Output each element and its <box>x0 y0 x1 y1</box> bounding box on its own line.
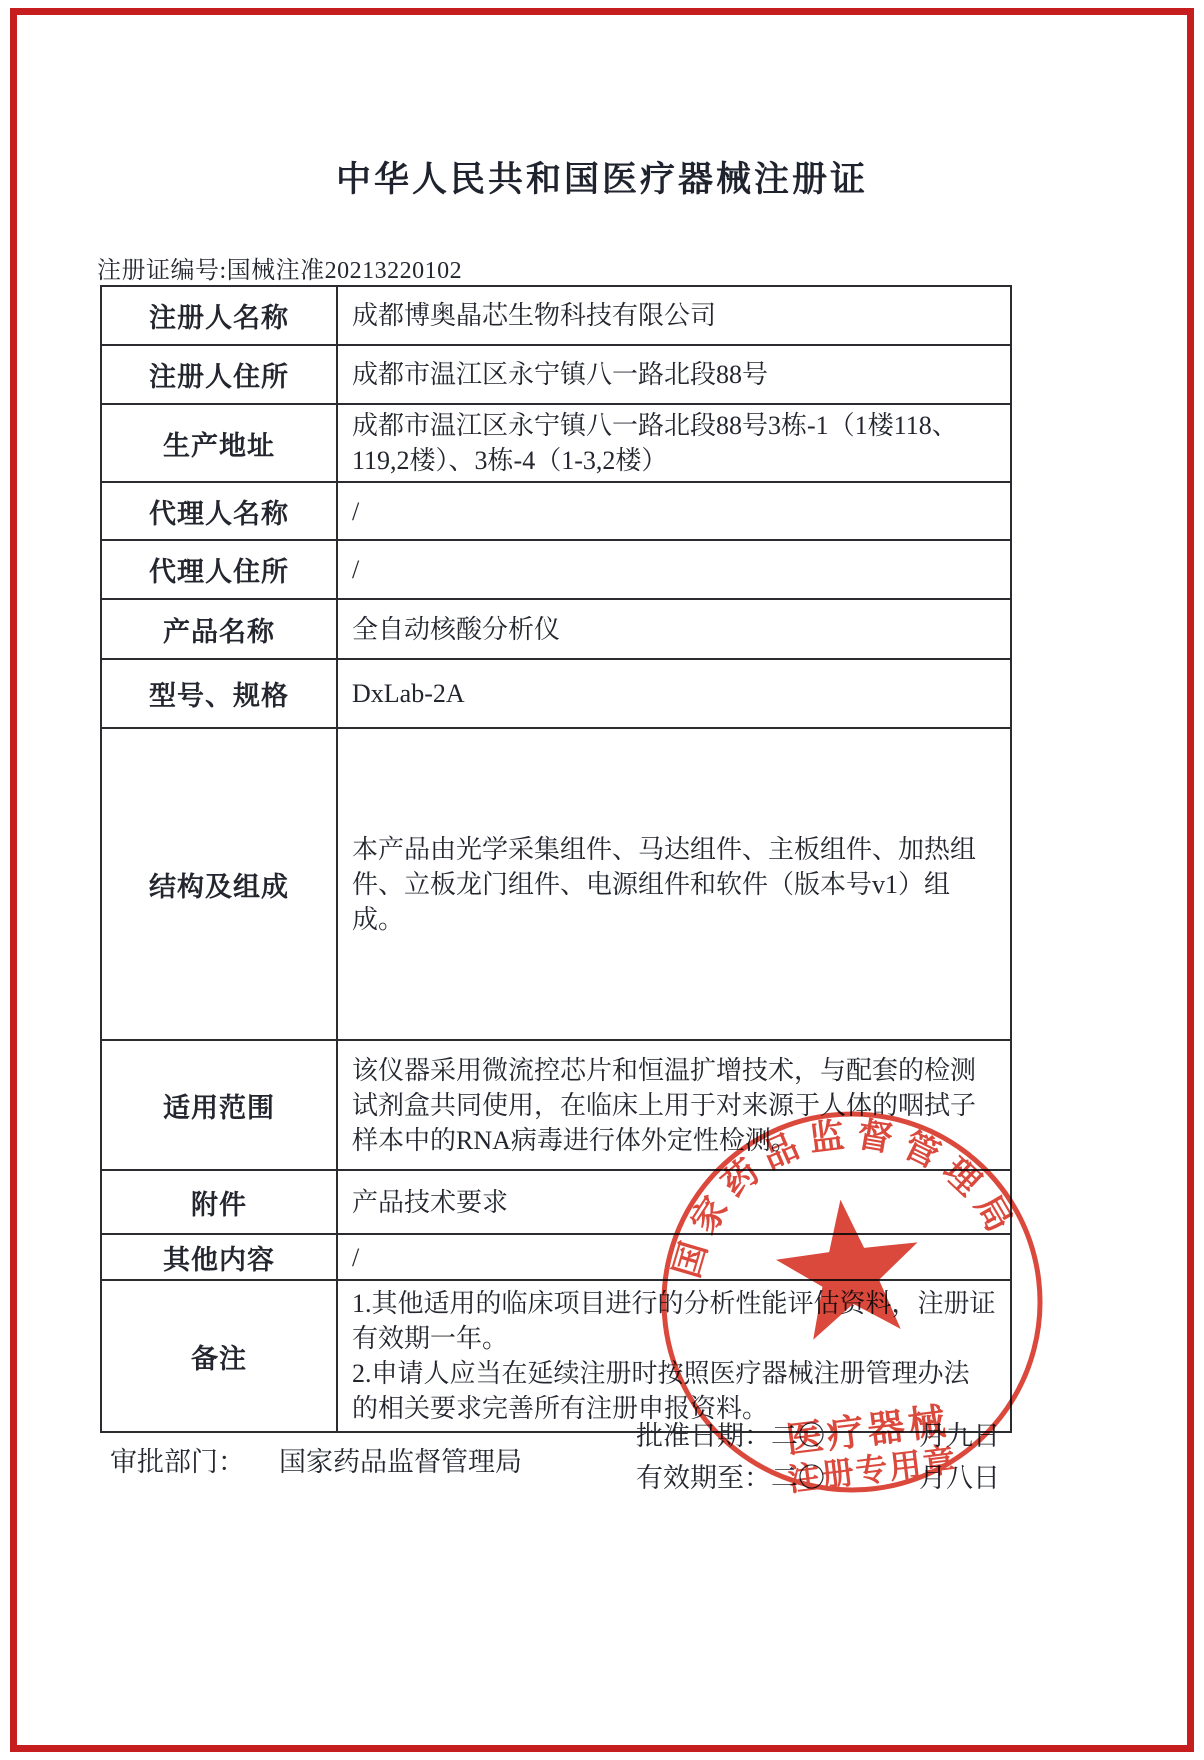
document-title: 中华人民共和国医疗器械注册证 <box>0 152 1204 202</box>
row-label: 适用范围 <box>102 1041 338 1169</box>
row-label: 型号、规格 <box>102 660 338 727</box>
approval-department-label: 审批部门： <box>110 1440 245 1479</box>
approval-department-value: 国家药品监督管理局 <box>279 1440 522 1479</box>
row-value: 成都市温江区永宁镇八一路北段88号 <box>338 346 1010 403</box>
row-label: 注册人名称 <box>102 287 338 344</box>
table-row: 结构及组成 本产品由光学采集组件、马达组件、主板组件、加热组件、立板龙门组件、电… <box>102 729 1010 1041</box>
row-value: 该仪器采用微流控芯片和恒温扩增技术，与配套的检测试剂盒共同使用，在临床上用于对来… <box>338 1041 1010 1169</box>
table-row: 生产地址 成都市温江区永宁镇八一路北段88号3栋-1（1楼118、119,2楼）… <box>102 405 1010 483</box>
row-value: 全自动核酸分析仪 <box>338 600 1010 658</box>
row-label: 注册人住所 <box>102 346 338 403</box>
valid-until-line: 有效期至： 二〇 月八日 <box>636 1456 1000 1494</box>
row-label: 结构及组成 <box>102 729 338 1039</box>
row-value: 成都博奥晶芯生物科技有限公司 <box>338 287 1010 344</box>
approval-date-label: 批准日期： <box>636 1414 771 1453</box>
table-row: 产品名称 全自动核酸分析仪 <box>102 600 1010 660</box>
row-label: 其他内容 <box>102 1235 338 1279</box>
approval-date-prefix: 二〇 <box>771 1414 825 1453</box>
row-value: / <box>338 483 1010 539</box>
row-value: 本产品由光学采集组件、马达组件、主板组件、加热组件、立板龙门组件、电源组件和软件… <box>338 729 1010 1039</box>
table-row: 注册人名称 成都博奥晶芯生物科技有限公司 <box>102 287 1010 346</box>
table-row: 型号、规格 DxLab-2A <box>102 660 1010 729</box>
table-row: 注册人住所 成都市温江区永宁镇八一路北段88号 <box>102 346 1010 405</box>
table-row: 其他内容 / <box>102 1235 1010 1281</box>
row-value: 1.其他适用的临床项目进行的分析性能评估资料，注册证 有效期一年。 2.申请人应… <box>338 1281 1010 1431</box>
date-block: 批准日期： 二〇 月九日 有效期至： 二〇 月八日 <box>636 1414 1000 1498</box>
approval-date-suffix: 月九日 <box>919 1414 1000 1453</box>
row-value: 产品技术要求 <box>338 1171 1010 1233</box>
row-label: 代理人名称 <box>102 483 338 539</box>
table-row: 代理人住所 / <box>102 541 1010 600</box>
row-value: / <box>338 1235 1010 1279</box>
table-row: 代理人名称 / <box>102 483 1010 541</box>
certificate-table: 注册人名称 成都博奥晶芯生物科技有限公司 注册人住所 成都市温江区永宁镇八一路北… <box>100 285 1012 1433</box>
approval-date-line: 批准日期： 二〇 月九日 <box>636 1414 1000 1452</box>
row-label: 附件 <box>102 1171 338 1233</box>
row-label: 生产地址 <box>102 405 338 481</box>
valid-until-label: 有效期至： <box>636 1456 771 1495</box>
row-label: 产品名称 <box>102 600 338 658</box>
table-row: 适用范围 该仪器采用微流控芯片和恒温扩增技术，与配套的检测试剂盒共同使用，在临床… <box>102 1041 1010 1171</box>
table-row: 备注 1.其他适用的临床项目进行的分析性能评估资料，注册证 有效期一年。 2.申… <box>102 1281 1010 1431</box>
row-value: / <box>338 541 1010 598</box>
approval-department-line: 审批部门： 国家药品监督管理局 <box>110 1440 522 1479</box>
table-row: 附件 产品技术要求 <box>102 1171 1010 1235</box>
valid-until-suffix: 月八日 <box>919 1456 1000 1495</box>
row-label: 备注 <box>102 1281 338 1431</box>
row-value: DxLab-2A <box>338 660 1010 727</box>
valid-until-prefix: 二〇 <box>771 1456 825 1495</box>
row-value: 成都市温江区永宁镇八一路北段88号3栋-1（1楼118、119,2楼）、3栋-4… <box>338 405 1010 481</box>
certificate-number: 注册证编号:国械注准20213220102 <box>97 250 462 285</box>
row-label: 代理人住所 <box>102 541 338 598</box>
